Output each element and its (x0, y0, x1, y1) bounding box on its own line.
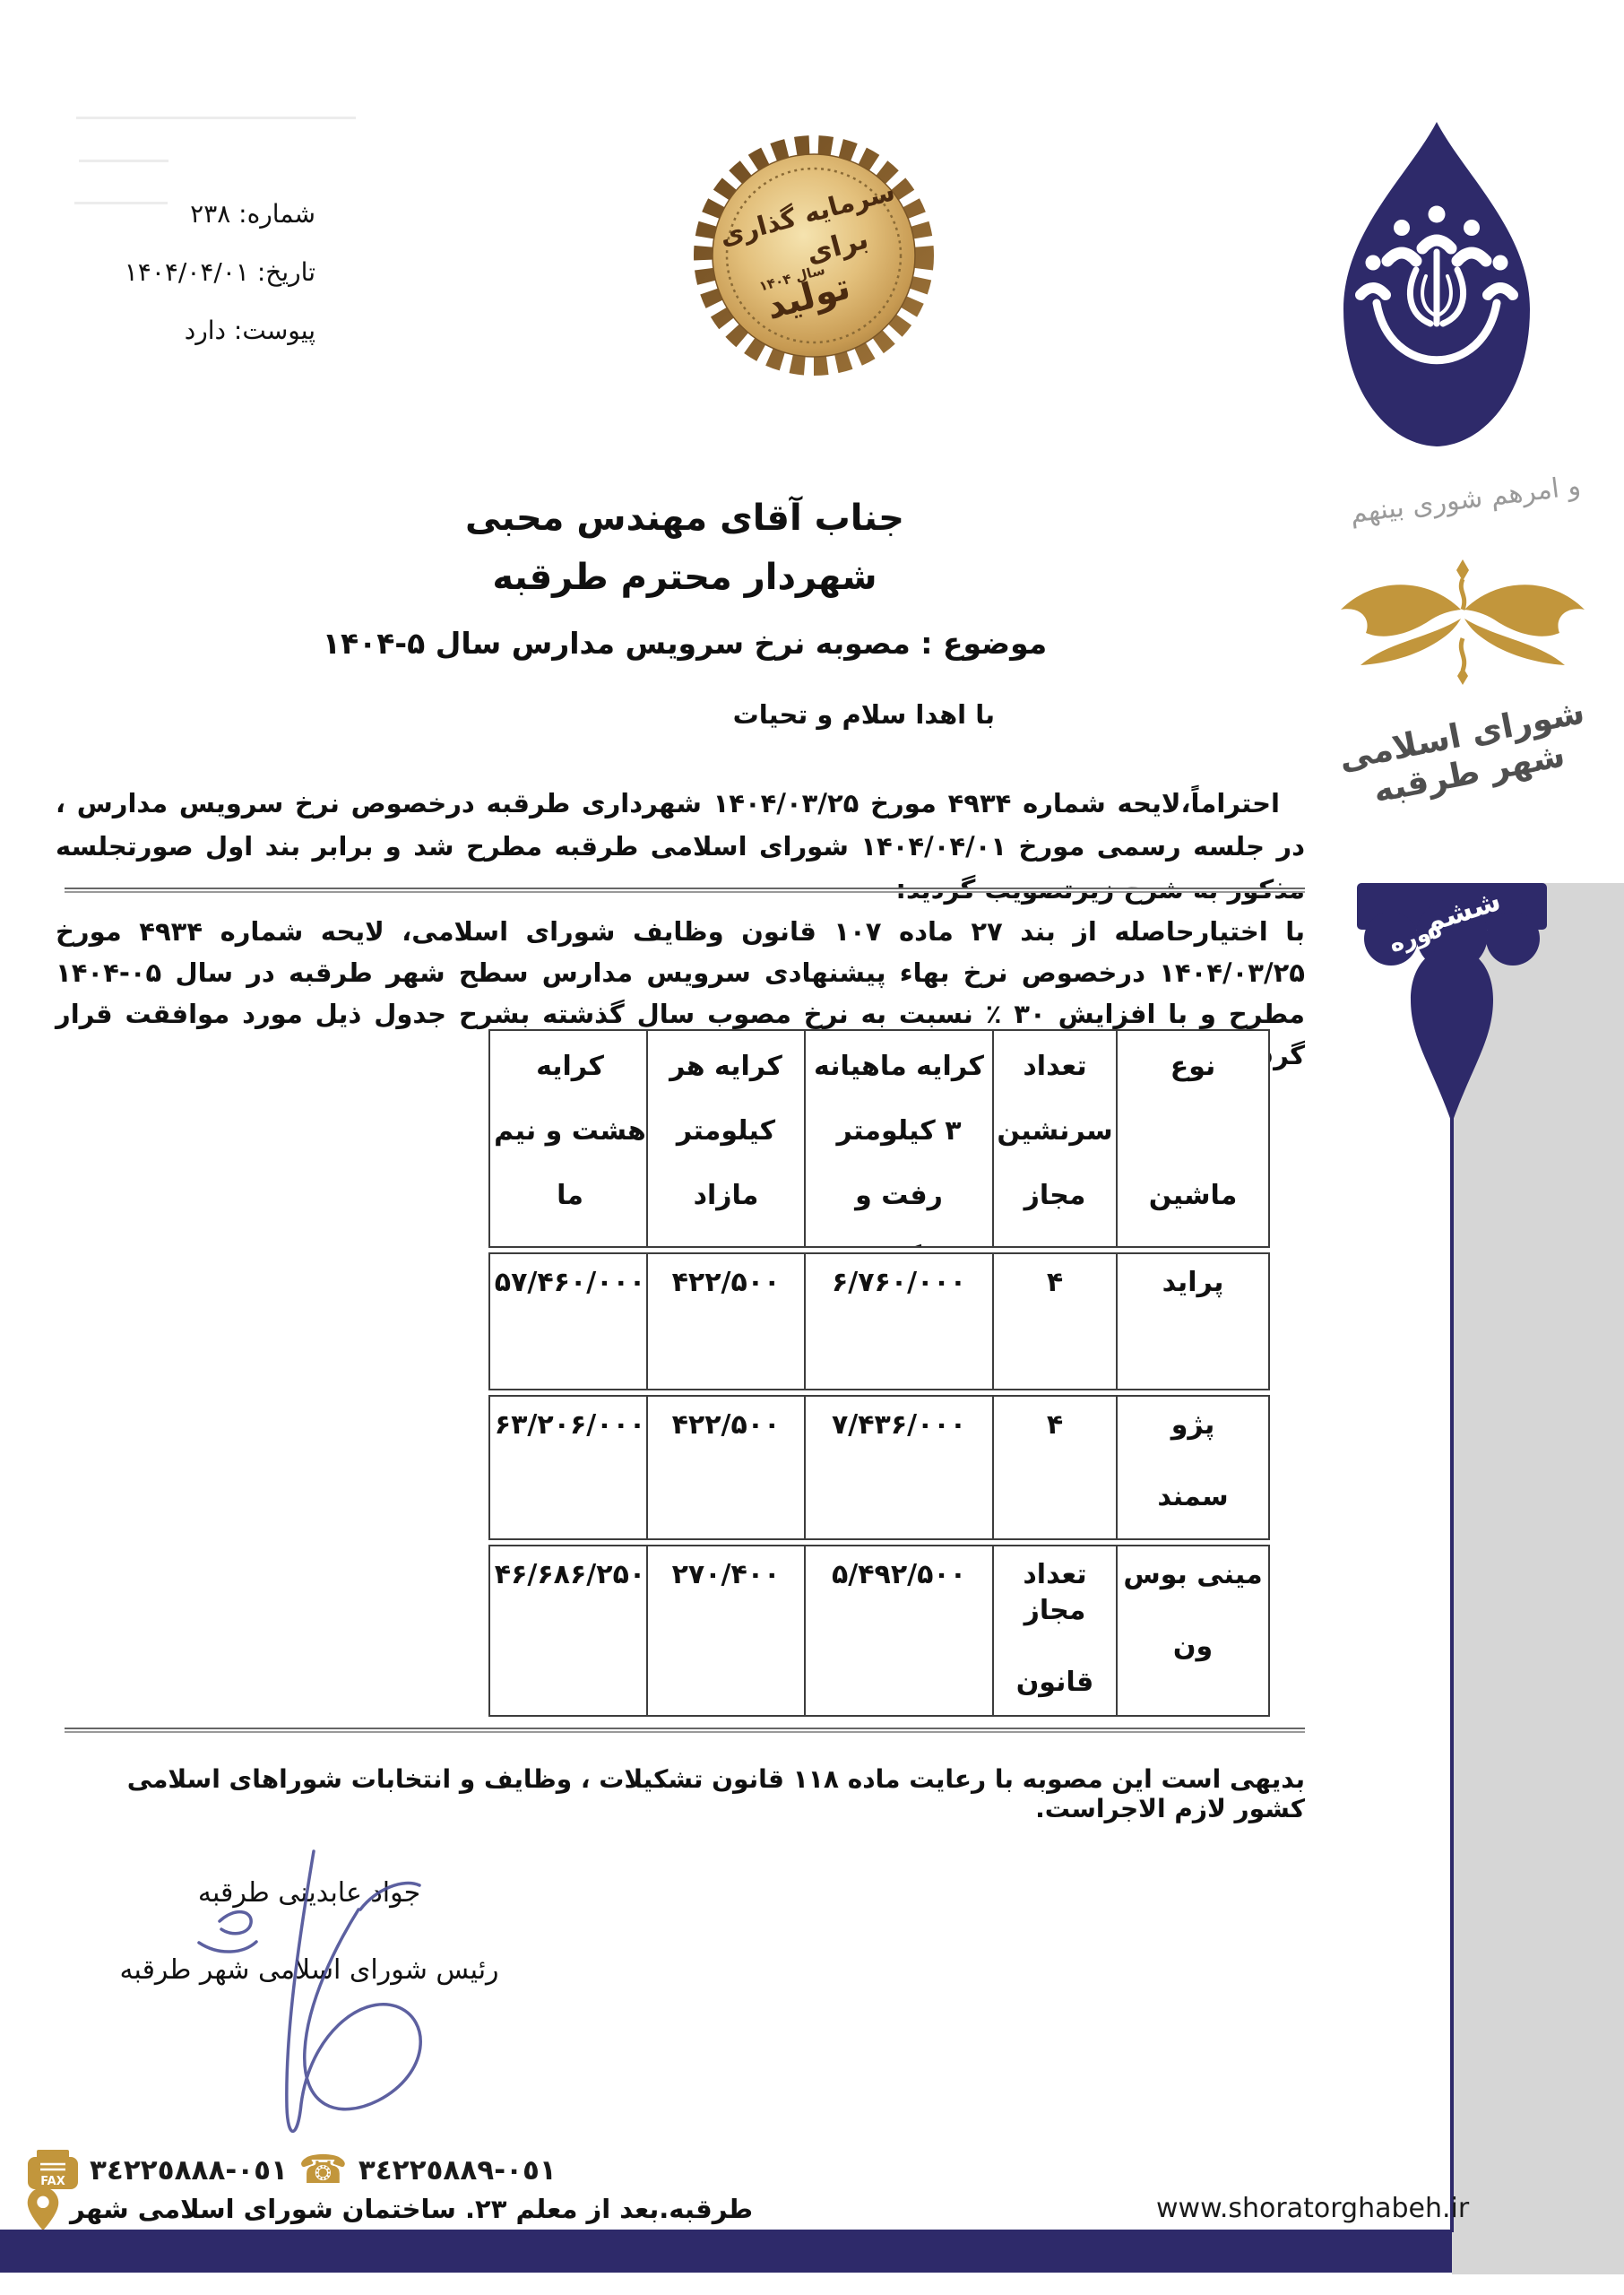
phone-number: ٠٥١-٣٤٢٢٥٨٨٩ (358, 2154, 557, 2187)
section-divider (65, 1728, 1305, 1733)
cell-passengers: ۴ (992, 1397, 1116, 1538)
attachment-note: پیوست: دارد (54, 316, 315, 346)
rates-table: نوع ماشین تعداد سرنشین مجاز کرایه ماهیان… (488, 1029, 1270, 1721)
cell-eight-half: ۵۷/۴۶۰/۰۰۰ (494, 1254, 646, 1389)
year-slogan-seal-icon: سرمایه گذاری برای سال ۱۴۰۴ تولید (688, 130, 939, 381)
letterhead-meta: شماره: ۲۳۸ تاریخ: ۱۴۰۴/۰۴/۰۱ پیوست: دارد (54, 199, 315, 374)
location-pin-icon (27, 2187, 59, 2230)
header-cell-passengers: تعداد سرنشین مجاز (992, 1031, 1116, 1246)
gold-ornament-icon (1328, 554, 1597, 697)
header-cell-per-km: کرایه هر کیلومتر مازاد (646, 1031, 804, 1246)
cell-vehicle: مینی بوس ون (1116, 1546, 1268, 1715)
subject-line: موضوع : مصوبه نرخ سرویس مدارس سال ۵-۱۴۰۴ (65, 626, 1305, 661)
scan-artifact-line (79, 160, 168, 162)
website-link[interactable]: www.shoratorghabeh.ir (1156, 2193, 1416, 2224)
cell-monthly: ۶/۷۶۰/۰۰۰ (804, 1254, 992, 1389)
term-medallion-icon: ششم دوره (1355, 883, 1549, 2237)
letter-date: تاریخ: ۱۴۰۴/۰۴/۰۱ (54, 257, 315, 288)
header-cell-monthly: کرایه ماهیانه ۳ کیلومتر رفت و برگشت (804, 1031, 992, 1246)
footer-address-line: طرقبه.بعد از معلم ۲۳. ساختمان شورای اسلا… (27, 2187, 753, 2230)
recipient-title: شهردار محترم طرقبه (65, 554, 1305, 601)
cell-monthly: ۵/۴۹۲/۵۰۰ (804, 1546, 992, 1715)
cell-monthly: ۷/۴۳۶/۰۰۰ (804, 1397, 992, 1538)
cell-passengers: تعداد مجاز قانون (992, 1546, 1116, 1715)
closing-note: بدیهی است این مصوبه با رعایت ماده ۱۱۸ قا… (56, 1764, 1305, 1823)
header-cell-vehicle: نوع ماشین (1116, 1031, 1268, 1246)
table-header-row: نوع ماشین تعداد سرنشین مجاز کرایه ماهیان… (488, 1029, 1270, 1248)
cell-per-km: ۴۲۲/۵۰۰ (646, 1254, 804, 1389)
scan-artifact-line (76, 117, 356, 119)
cell-per-km: ۴۲۲/۵۰۰ (646, 1397, 804, 1538)
svg-text:FAX: FAX (40, 2175, 65, 2188)
address: طرقبه.بعد از معلم ۲۳. ساختمان شورای اسلا… (70, 2194, 753, 2224)
phone-icon: ☎ (298, 2151, 348, 2190)
cell-vehicle: پژو سمند (1116, 1397, 1268, 1538)
table-row: پژو سمند ۴ ۷/۴۳۶/۰۰۰ ۴۲۲/۵۰۰ ۶۳/۲۰۶/۰۰۰ (488, 1395, 1270, 1540)
table-row: پراید ۴ ۶/۷۶۰/۰۰۰ ۴۲۲/۵۰۰ ۵۷/۴۶۰/۰۰۰ (488, 1252, 1270, 1390)
signature-ink (134, 1824, 475, 2156)
footer-contact-line: FAX ٠٥١-٣٤٢٢٥٨٨٨ ☎ ٠٥١-٣٤٢٢٥٨٨٩ (27, 2150, 557, 2191)
fax-icon: FAX (27, 2150, 79, 2191)
council-emblem-icon (1341, 119, 1533, 449)
serial-number: شماره: ۲۳۸ (54, 199, 315, 229)
cell-vehicle: پراید (1116, 1254, 1268, 1389)
cell-eight-half: ۴۶/۶۸۶/۲۵۰ (494, 1546, 646, 1715)
header-cell-eight-half: کرایه هشت و نیم ما ه (494, 1031, 646, 1246)
cell-eight-half: ۶۳/۲۰۶/۰۰۰ (494, 1397, 646, 1538)
fax-number: ٠٥١-٣٤٢٢٥٨٨٨ (90, 2154, 288, 2187)
table-row: مینی بوس ون تعداد مجاز قانون ۵/۴۹۲/۵۰۰ ۲… (488, 1545, 1270, 1717)
recipient-name: جناب آقای مهندس محبی (65, 495, 1305, 541)
council-name-calligraphy: شورای اسلامی شهر طرقبه (1311, 688, 1620, 820)
section-divider (65, 888, 1305, 893)
letter-page: شماره: ۲۳۸ تاریخ: ۱۴۰۴/۰۴/۰۱ پیوست: دارد… (0, 0, 1624, 2295)
quran-verse-calligraphy: و امرهم شوری بینهم (1330, 468, 1601, 532)
salutation: با اهدا سلام و تحیات (733, 699, 995, 730)
recipient-block: جناب آقای مهندس محبی شهردار محترم طرقبه … (65, 495, 1305, 661)
cell-passengers: ۴ (992, 1254, 1116, 1389)
footer-bar (0, 2230, 1452, 2273)
cell-per-km: ۲۷۰/۴۰۰ (646, 1546, 804, 1715)
